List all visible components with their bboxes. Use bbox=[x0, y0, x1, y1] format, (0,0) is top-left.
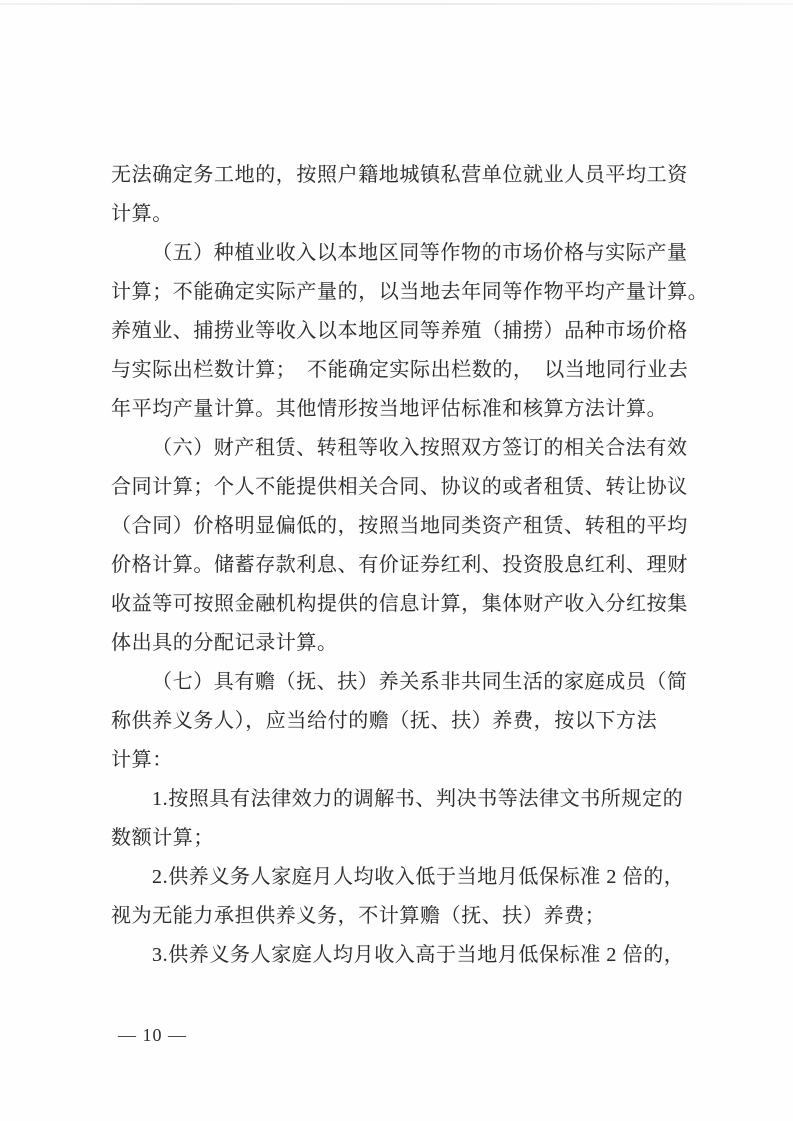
text-line-item-5-start: （五）种植业收入以本地区同等作物的市场价格与实际产量 bbox=[111, 234, 691, 273]
page-number: — 10 — bbox=[118, 1024, 187, 1046]
text-line-subitem-3-start: 3.供养义务人家庭人均月收入高于当地月低保标准 2 倍的， bbox=[111, 936, 691, 975]
document-body-text: 无法确定务工地的，按照户籍地城镇私营单位就业人员平均工资 计算。 （五）种植业收… bbox=[111, 156, 691, 975]
text-line: 价格计算。储蓄存款利息、有价证券红利、投资股息红利、理财 bbox=[111, 546, 691, 585]
text-line: 年平均产量计算。其他情形按当地评估标准和核算方法计算。 bbox=[111, 390, 691, 429]
text-line: 计算；不能确定实际产量的，以当地去年同等作物平均产量计算。 bbox=[111, 273, 691, 312]
text-line-item-6-start: （六）财产租赁、转租等收入按照双方签订的相关合法有效 bbox=[111, 429, 691, 468]
text-line: 数额计算； bbox=[111, 819, 691, 858]
text-line: 计算： bbox=[111, 741, 691, 780]
text-line-subitem-2-start: 2.供养义务人家庭月人均收入低于当地月低保标准 2 倍的， bbox=[111, 858, 691, 897]
scan-edge-artifact bbox=[0, 3, 793, 5]
text-line: 视为无能力承担供养义务，不计算赡（抚、扶）养费； bbox=[111, 897, 691, 936]
document-page: 无法确定务工地的，按照户籍地城镇私营单位就业人员平均工资 计算。 （五）种植业收… bbox=[0, 0, 793, 1121]
text-line: （合同）价格明显偏低的，按照当地同类资产租赁、转租的平均 bbox=[111, 507, 691, 546]
text-line-subitem-1-start: 1.按照具有法律效力的调解书、判决书等法律文书所规定的 bbox=[111, 780, 691, 819]
text-line: 称供养义务人），应当给付的赡（抚、扶）养费，按以下方法 bbox=[111, 702, 691, 741]
text-line: 无法确定务工地的，按照户籍地城镇私营单位就业人员平均工资 bbox=[111, 156, 691, 195]
text-line-item-7-start: （七）具有赡（抚、扶）养关系非共同生活的家庭成员（简 bbox=[111, 663, 691, 702]
text-line: 收益等可按照金融机构提供的信息计算，集体财产收入分红按集 bbox=[111, 585, 691, 624]
text-line: 体出具的分配记录计算。 bbox=[111, 624, 691, 663]
text-line: 合同计算；个人不能提供相关合同、协议的或者租赁、转让协议 bbox=[111, 468, 691, 507]
text-line: 与实际出栏数计算； 不能确定实际出栏数的， 以当地同行业去 bbox=[111, 351, 691, 390]
text-line: 计算。 bbox=[111, 195, 691, 234]
text-line: 养殖业、捕捞业等收入以本地区同等养殖（捕捞）品种市场价格 bbox=[111, 312, 691, 351]
